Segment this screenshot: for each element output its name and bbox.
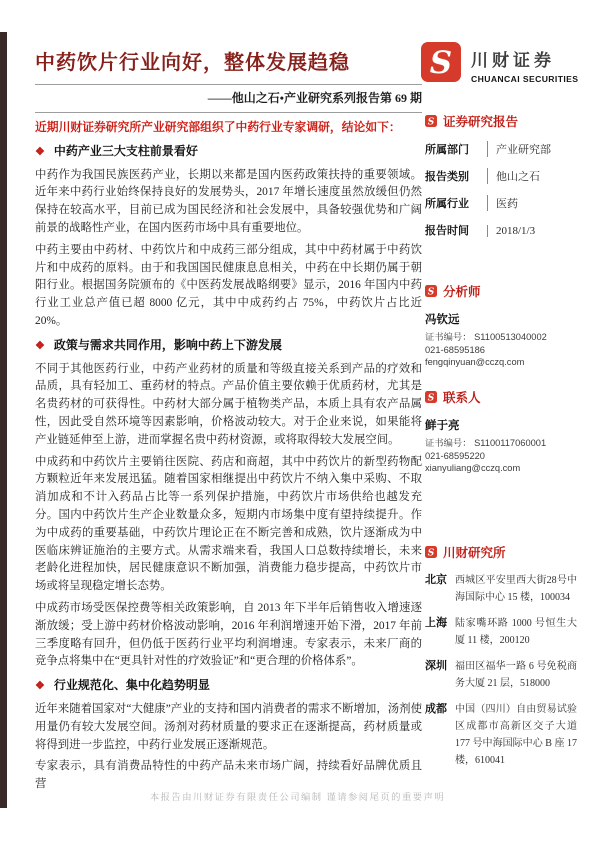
- section-heading-3: ❖行业规范化、集中化趋势明显: [35, 677, 422, 696]
- meta-label: 所属行业: [425, 195, 487, 211]
- office-city: 北京: [425, 572, 455, 606]
- office-city: 成都: [425, 701, 455, 769]
- office-city: 深圳: [425, 658, 455, 692]
- svg-text:S: S: [428, 287, 435, 297]
- analyst-email: fengqinyuan@cczq.com: [425, 356, 577, 369]
- sidebar-institute: S 川财研究所 北京 西城区平安里西大街28号中海国际中心 15 楼，10003…: [425, 543, 577, 778]
- meta-label: 所属部门: [425, 141, 487, 157]
- meta-row-department: 所属部门 产业研究部: [425, 141, 577, 157]
- cert-label: 证书编号：: [425, 438, 472, 448]
- sidebar-contact: S 联系人 鲜于亮 证书编号： S1100117060001 021-68595…: [425, 388, 577, 475]
- section-heading-2-text: 政策与需求共同作用，影响中药上下游发展: [54, 338, 282, 352]
- contact-phone: 021-68595220: [425, 450, 577, 463]
- chuancai-logo-icon: S: [421, 42, 461, 82]
- sidebar-heading-report-text: 证券研究报告: [443, 112, 518, 130]
- office-city: 上海: [425, 615, 455, 649]
- page-title: 中药饮片行业向好，整体发展趋稳: [35, 46, 422, 75]
- meta-label: 报告类别: [425, 168, 487, 184]
- meta-row-date: 报告时间 2018/1/3: [425, 222, 577, 238]
- section-heading-2: ❖政策与需求共同作用，影响中药上下游发展: [35, 337, 422, 356]
- sidebar-heading-analyst-text: 分析师: [443, 282, 481, 300]
- contact-name: 鲜于亮: [425, 417, 577, 433]
- section-heading-1-text: 中药产业三大支柱前景看好: [54, 144, 198, 158]
- analyst-phone: 021-68595186: [425, 344, 577, 357]
- svg-text:S: S: [428, 117, 435, 127]
- logo-bullet-icon: S: [425, 546, 437, 558]
- meta-value: 产业研究部: [487, 141, 551, 157]
- meta-row-category: 报告类别 他山之石: [425, 168, 577, 184]
- office-chengdu: 成都 中国（四川）自由贸易试验区成都市高新区交子大道 177 号中海国际中心 B…: [425, 701, 577, 769]
- header-divider-top: [35, 84, 422, 85]
- office-shanghai: 上海 陆家嘴环路 1000 号恒生大厦 11 楼，200120: [425, 615, 577, 649]
- office-address: 中国（四川）自由贸易试验区成都市高新区交子大道 177 号中海国际中心 B 座 …: [455, 701, 577, 769]
- contact-email: xianyuliang@cczq.com: [425, 462, 577, 475]
- report-body: 近期川财证券研究所产业研究部组织了中药行业专家调研，结论如下： ❖中药产业三大支…: [35, 119, 422, 798]
- left-accent-stripe: [0, 32, 7, 808]
- paragraph: 近年来随着国家对“大健康”产业的支持和国内消费者的需求不断增加，汤剂使用量仍有较…: [35, 701, 422, 754]
- diamond-bullet-icon: ❖: [35, 146, 45, 158]
- sidebar-heading-report: S 证券研究报告: [425, 112, 577, 130]
- sidebar-report-info: S 证券研究报告 所属部门 产业研究部 报告类别 他山之石 所属行业 医药 报告…: [425, 112, 577, 249]
- office-shenzhen: 深圳 福田区福华一路 6 号免税商务大厦 21 层，518000: [425, 658, 577, 692]
- meta-row-industry: 所属行业 医药: [425, 195, 577, 211]
- office-address: 福田区福华一路 6 号免税商务大厦 21 层，518000: [455, 658, 577, 692]
- logo-bullet-icon: S: [425, 115, 437, 127]
- company-logo: S 川财证券 CHUANCAI SECURITIES: [421, 42, 578, 84]
- cert-number: S1100117060001: [474, 438, 546, 448]
- sidebar-heading-institute-text: 川财研究所: [443, 543, 506, 561]
- office-address: 西城区平安里西大街28号中海国际中心 15 楼，100034: [455, 572, 577, 606]
- logo-text: 川财证券 CHUANCAI SECURITIES: [471, 42, 578, 84]
- meta-value: 他山之石: [487, 168, 540, 184]
- header-divider-bottom: [35, 112, 422, 113]
- section-heading-1: ❖中药产业三大支柱前景看好: [35, 143, 422, 162]
- paragraph: 不同于其他医药行业，中药产业药材的质量和等级直接关系到产品的疗效和品质，具有轻加…: [35, 361, 422, 450]
- sidebar-heading-contact-text: 联系人: [443, 388, 481, 406]
- report-page: 中药饮片行业向好，整体发展趋稳 S 川财证券 CHUANCAI SECURITI…: [0, 0, 595, 842]
- diamond-bullet-icon: ❖: [35, 680, 45, 692]
- svg-text:S: S: [428, 393, 435, 403]
- meta-value: 2018/1/3: [487, 225, 535, 237]
- svg-text:S: S: [430, 45, 452, 81]
- meta-value: 医药: [487, 195, 518, 211]
- meta-label: 报告时间: [425, 222, 487, 238]
- paragraph: 中成药市场受医保控费等相关政策影响，自 2013 年下半年后销售收入增速逐渐放缓…: [35, 600, 422, 671]
- logo-name-cn: 川财证券: [471, 46, 578, 71]
- cert-label: 证书编号：: [425, 332, 472, 342]
- paragraph: 中成药和中药饮片主要销往医院、药店和商超，其中中药饮片的新型药物配方颗粒近年来发…: [35, 454, 422, 596]
- sidebar-heading-institute: S 川财研究所: [425, 543, 577, 561]
- office-beijing: 北京 西城区平安里西大街28号中海国际中心 15 楼，100034: [425, 572, 577, 606]
- section-heading-3-text: 行业规范化、集中化趋势明显: [54, 678, 210, 692]
- analyst-name: 冯钦远: [425, 311, 577, 327]
- paragraph: 中药主要由中药材、中药饮片和中成药三部分组成，其中中药材属于中药饮片和中成药的原…: [35, 242, 422, 331]
- intro-line: 近期川财证券研究所产业研究部组织了中药行业专家调研，结论如下：: [35, 119, 422, 137]
- svg-text:S: S: [428, 548, 435, 558]
- logo-bullet-icon: S: [425, 285, 437, 297]
- sidebar-analyst: S 分析师 冯钦远 证书编号： S1100513040002 021-68595…: [425, 282, 577, 369]
- cert-number: S1100513040002: [474, 332, 547, 342]
- analyst-cert: 证书编号： S1100513040002: [425, 331, 577, 344]
- sidebar-heading-analyst: S 分析师: [425, 282, 577, 300]
- logo-bullet-icon: S: [425, 391, 437, 403]
- diamond-bullet-icon: ❖: [35, 340, 45, 352]
- contact-cert: 证书编号： S1100117060001: [425, 437, 577, 450]
- paragraph: 中药作为我国民族医药产业，长期以来都是国内医药政策扶持的重要领域。近年来中药行业…: [35, 167, 422, 238]
- logo-name-en: CHUANCAI SECURITIES: [471, 74, 578, 84]
- office-address: 陆家嘴环路 1000 号恒生大厦 11 楼，200120: [455, 615, 577, 649]
- series-subtitle: ——他山之石•产业研究系列报告第 69 期: [35, 89, 422, 106]
- footer-disclaimer: 本报告由川财证券有限责任公司编制 谨请参阅尾页的重要声明: [0, 789, 595, 803]
- sidebar-heading-contact: S 联系人: [425, 388, 577, 406]
